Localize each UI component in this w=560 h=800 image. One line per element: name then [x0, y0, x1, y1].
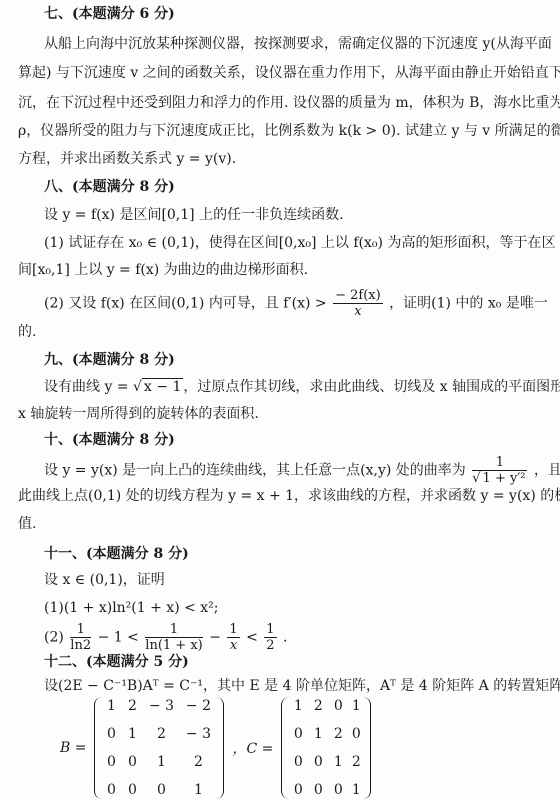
fraction-numerator: 1 — [70, 622, 91, 638]
matrix-cell: 0 — [101, 725, 121, 743]
problem-10-heading: 十、(本题满分 8 分) — [44, 430, 175, 450]
matrix-cell: 0 — [288, 753, 308, 771]
problem-10-text-line-3: 值. — [18, 514, 36, 534]
matrix-cell: 0 — [121, 753, 143, 771]
sqrt-symbol: √ — [133, 379, 142, 395]
matrix-definitions: B = 1 2 − 3 − 2 0 1 2 − 3 0 0 1 2 0 0 0 … — [60, 697, 379, 799]
problem-8-text-line-5: 的. — [18, 322, 36, 342]
matrix-b: 1 2 − 3 − 2 0 1 2 − 3 0 0 1 2 0 0 0 1 — [94, 697, 224, 799]
matrix-c-label: ，C = — [232, 738, 273, 758]
matrix-cell: 0 — [308, 781, 328, 799]
problem-9-heading: 九、(本题满分 8 分) — [44, 350, 175, 370]
problem-9-text-end: ，过原点作其切线，求由此曲线、切线及 x 轴围成的平面图形绕 — [183, 379, 560, 395]
problem-8-part2-tail: ，证明(1) 中的 x₀ 是唯一 — [389, 296, 548, 312]
matrix-cell: − 3 — [179, 725, 217, 743]
problem-8-text-line-1: 设 y = f(x) 是区间[0,1] 上的任一非负连续函数. — [44, 205, 344, 225]
matrix-cell: 1 — [101, 697, 121, 715]
matrix-cell: 2 — [308, 697, 328, 715]
matrix-cell: 2 — [121, 697, 143, 715]
fraction-numerator: 1 — [472, 455, 527, 471]
matrix-cell: − 2 — [179, 697, 217, 715]
problem-7-text-line-2: 算起) 与下沉速度 v 之间的函数关系，设仪器在重力作用下，从海平面由静止开始铅… — [18, 63, 560, 83]
matrix-cell: 1 — [308, 725, 328, 743]
matrix-cell: − 3 — [143, 697, 179, 715]
curvature-fraction: 1 √1 + y′² — [472, 455, 527, 486]
fraction: 1ln(1 + x) — [145, 622, 202, 653]
problem-10-text-line-2: 此曲线上点(0,1) 处的切线方程为 y = x + 1，求该曲线的方程，并求函… — [18, 486, 560, 506]
problem-12-text-line-1: 设(2E − C⁻¹B)Aᵀ = C⁻¹，其中 E 是 4 阶单位矩阵，Aᵀ 是… — [44, 676, 560, 696]
matrix-cell: 1 — [348, 781, 364, 799]
fraction-denominator: ln2 — [70, 638, 91, 653]
matrix-cell: 0 — [288, 725, 308, 743]
fraction-denominator: x — [227, 638, 239, 653]
matrix-cell: 0 — [143, 781, 179, 799]
problem-12-heading: 十二、(本题满分 5 分) — [44, 652, 189, 672]
fraction-numerator: 1 — [145, 622, 202, 638]
problem-11-text-line-1: 设 x ∈ (0,1)，证明 — [44, 570, 165, 590]
problem-7-text-line-1: 从船上向海中沉放某种探测仪器，按探测要求，需确定仪器的下沉速度 y(从海平面 — [44, 34, 552, 54]
math-operator: − — [209, 630, 221, 646]
part-label: (2) — [44, 630, 64, 646]
problem-9-text-line-2: x 轴旋转一周所得到的旋转体的表面积. — [18, 404, 259, 424]
sqrt-radicand: x − 1 — [142, 378, 183, 395]
math-operator: < — [246, 630, 258, 646]
problem-8-text-line-3: 间[x₀,1] 上以 y = f(x) 为曲边的曲边梯形面积. — [18, 260, 308, 280]
problem-7-text-line-5: 方程，并求出函数关系式 y = y(v). — [18, 149, 236, 169]
matrix-cell: 0 — [308, 753, 328, 771]
matrix-cell: 0 — [101, 781, 121, 799]
matrix-cell: 2 — [179, 753, 217, 771]
matrix-c: 1 2 0 1 0 1 2 0 0 0 1 2 0 0 0 1 — [281, 697, 371, 799]
problem-11-heading: 十一、(本题满分 8 分) — [44, 544, 189, 564]
matrix-cell: 0 — [121, 781, 143, 799]
matrix-b-label: B = — [60, 740, 86, 756]
problem-9-text-start: 设有曲线 y = — [44, 379, 133, 395]
matrix-cell: 0 — [328, 781, 348, 799]
fraction: 1x — [227, 622, 239, 653]
fraction: 12 — [264, 622, 276, 653]
matrix-cell: 2 — [348, 753, 364, 771]
problem-7-heading: 七、(本题满分 6 分) — [44, 4, 175, 24]
fraction-numerator: − 2f(x) — [333, 288, 383, 304]
problem-11-part1: (1)(1 + x)ln²(1 + x) < x²; — [44, 598, 219, 618]
fraction-denominator: x — [333, 304, 383, 319]
problem-8-text-line-2: (1) 试证存在 x₀ ∈ (0,1)，使得在区间[0,x₀] 上以 f(x₀)… — [44, 233, 555, 253]
fraction-numerator: 1 — [264, 622, 276, 638]
fraction-denominator: 2 — [264, 638, 276, 653]
problem-10-text-end: ，且 — [534, 463, 560, 479]
problem-9-text-line-1: 设有曲线 y = √x − 1，过原点作其切线，求由此曲线、切线及 x 轴围成的… — [44, 377, 560, 397]
problem-10-text-line-1: 设 y = y(x) 是一向上凸的连续曲线，其上任意一点(x,y) 处的曲率为 … — [44, 455, 560, 486]
matrix-cell: 1 — [288, 697, 308, 715]
matrix-cell: 1 — [328, 753, 348, 771]
fraction-denominator: ln(1 + x) — [145, 638, 202, 653]
problem-8-heading: 八、(本题满分 8 分) — [44, 177, 175, 197]
problem-8-part2-text: (2) 又设 f(x) 在区间(0,1) 内可导，且 f′(x) > — [44, 296, 327, 312]
problem-11-part2: (2) 1ln2 − 1 < 1ln(1 + x) − 1x < 12 . — [44, 622, 287, 653]
matrix-cell: 2 — [328, 725, 348, 743]
matrix-cell: 0 — [328, 697, 348, 715]
matrix-cell: 0 — [348, 725, 364, 743]
fraction-numerator: 1 — [227, 622, 239, 638]
matrix-cell: 1 — [179, 781, 217, 799]
matrix-cell: 0 — [288, 781, 308, 799]
problem-7-text-line-3: 沉，在下沉过程中还受到阻力和浮力的作用. 设仪器的质量为 m，体积为 B，海水比… — [18, 93, 560, 113]
problem-7-text-line-4: ρ，仪器所受的阻力与下沉速度成正比，比例系数为 k(k > 0). 试建立 y … — [18, 121, 560, 141]
fraction-denominator: √1 + y′² — [472, 471, 527, 486]
math-operator: . — [283, 630, 287, 646]
matrix-cell: 1 — [121, 725, 143, 743]
problem-8-text-line-4: (2) 又设 f(x) 在区间(0,1) 内可导，且 f′(x) > − 2f(… — [44, 288, 548, 319]
math-operator: − 1 < — [98, 630, 139, 646]
fraction: 1ln2 — [70, 622, 91, 653]
problem-10-text-start: 设 y = y(x) 是一向上凸的连续曲线，其上任意一点(x,y) 处的曲率为 — [44, 463, 466, 479]
matrix-cell: 1 — [348, 697, 364, 715]
matrix-cell: 2 — [143, 725, 179, 743]
matrix-cell: 0 — [101, 753, 121, 771]
matrix-cell: 1 — [143, 753, 179, 771]
fraction: − 2f(x) x — [333, 288, 383, 319]
